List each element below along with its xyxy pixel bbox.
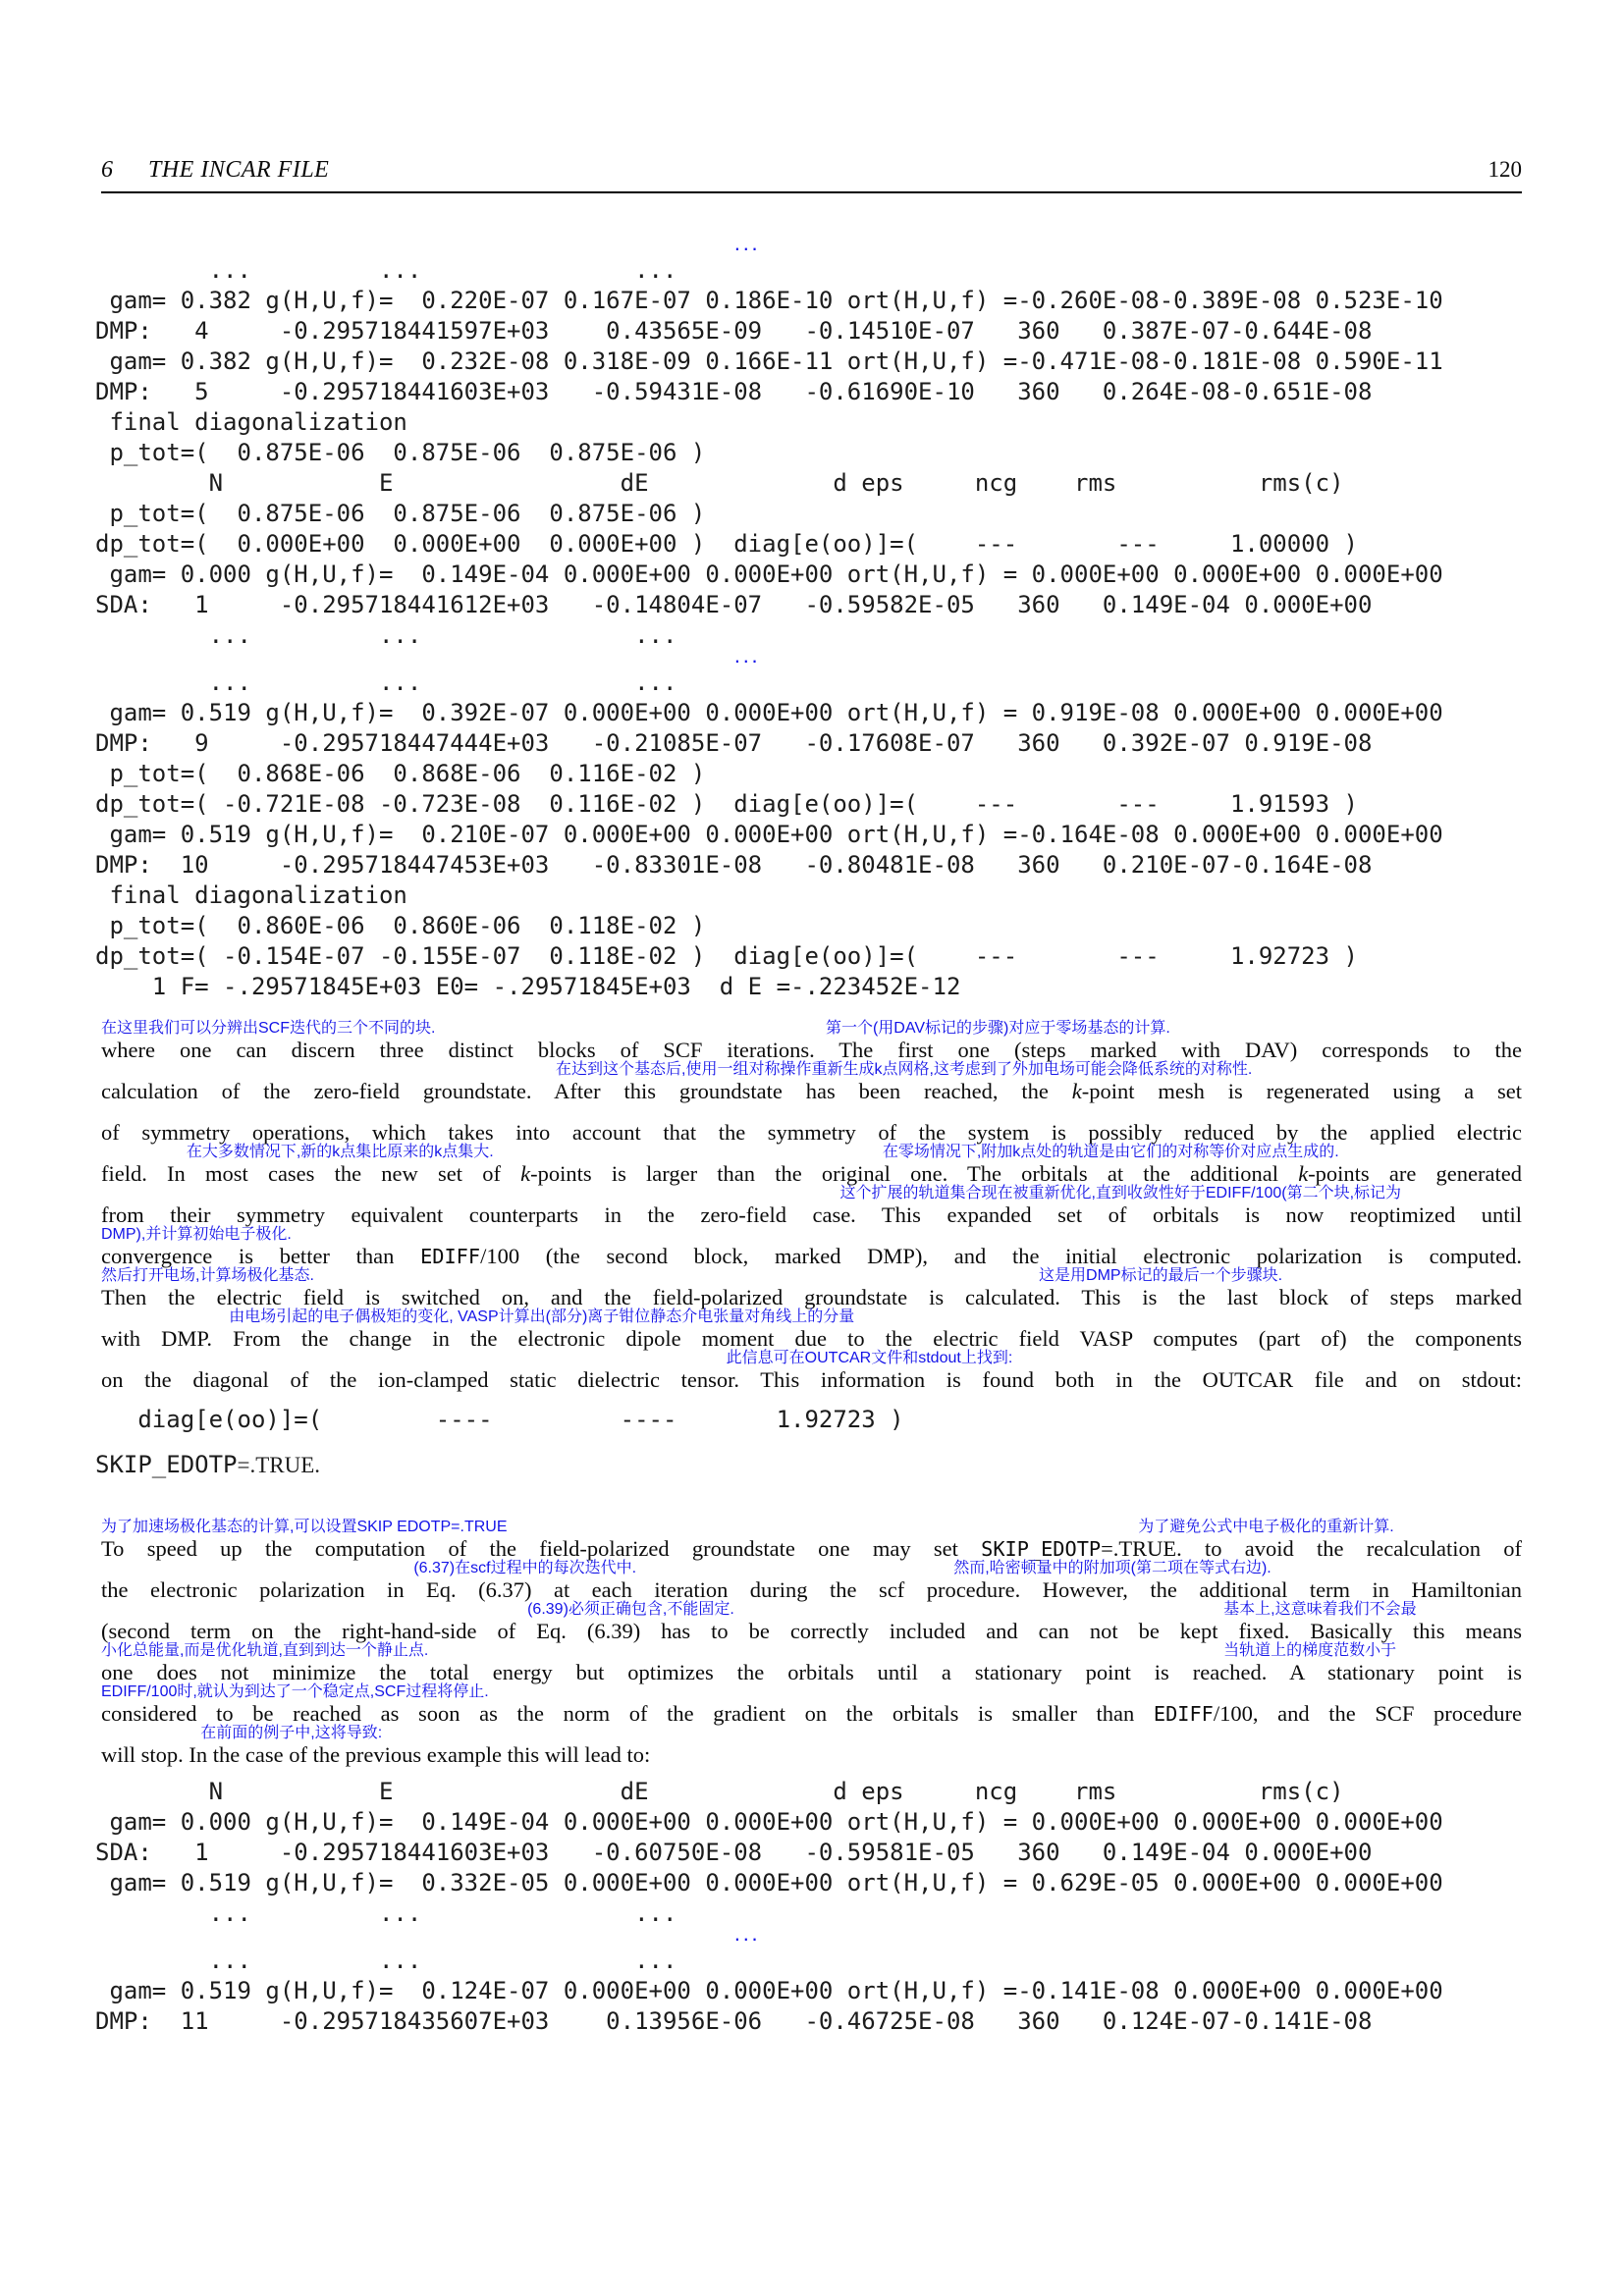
cn-annotation: 为了避免公式中电子极化的重新计算. bbox=[1138, 1520, 1393, 1535]
skip-edotp-keyword: SKIP_EDOTP bbox=[95, 1451, 238, 1478]
cn-annotation: 基本上,这意味着我们不会最 bbox=[1223, 1602, 1416, 1618]
paragraph-line: considered to be reached as soon as the … bbox=[101, 1701, 1522, 1727]
annotation-row: 在大多数情况下,新的k点集比原来的k点集大.在零场情况下,附加k点处的轨道是由它… bbox=[101, 1145, 1522, 1161]
cn-annotation: 在前面的例子中,这将导致: bbox=[200, 1726, 382, 1741]
cn-annotation: 小化总能量,而是优化轨道,直到到达一个静止点. bbox=[101, 1643, 428, 1659]
annotation-row: 在达到这个基态后,使用一组对称操作重新生成k点网格,这考虑到了外加电场可能会降低… bbox=[101, 1062, 1522, 1079]
code-line: p_tot=( 0.868E-06 0.868E-06 0.116E-02 ) bbox=[95, 759, 1568, 789]
document-page: 6 THE INCAR FILE 120 ... ... ... ... gam… bbox=[0, 0, 1623, 2296]
section-title: THE INCAR FILE bbox=[148, 157, 329, 184]
scf-output-code-block-1: ... ... ... ... gam= 0.382 g(H,U,f)= 0.2… bbox=[95, 239, 1568, 1002]
code-line: p_tot=( 0.875E-06 0.875E-06 0.875E-06 ) bbox=[95, 438, 1568, 468]
code-line: ... ... ... bbox=[95, 1898, 1568, 1929]
cn-annotation: DMP),并计算初始电子极化. bbox=[101, 1227, 292, 1243]
code-line: dp_tot=( -0.721E-08 -0.723E-08 0.116E-02… bbox=[95, 789, 1568, 820]
code-line: gam= 0.519 g(H,U,f)= 0.210E-07 0.000E+00… bbox=[95, 820, 1568, 850]
annotation-row: 然后打开电场,计算场极化基态.这是用DMP标记的最后一个步骤块. bbox=[101, 1268, 1522, 1285]
paragraph-line: To speed up the computation of the field… bbox=[101, 1536, 1522, 1562]
code-line: DMP: 5 -0.295718441603E+03 -0.59431E-08 … bbox=[95, 377, 1568, 407]
paragraph-skip-edotp: 为了加速场极化基态的计算,可以设置SKIP EDOTP=.TRUE为了避免公式中… bbox=[101, 1520, 1522, 1767]
annotation-row: DMP),并计算初始电子极化. bbox=[101, 1227, 1522, 1244]
code-line: N E dE d eps ncg rms rms(c) bbox=[95, 1777, 1568, 1807]
paragraph-line: field. In most cases the new set of k-po… bbox=[101, 1161, 1522, 1186]
annotation-row: (6.37)在scf过程中的每次迭代中.然而,哈密顿量中的附加项(第二项在等式右… bbox=[101, 1561, 1522, 1577]
code-line: ... ... ... bbox=[95, 620, 1568, 651]
code-line: DMP: 11 -0.295718435607E+03 0.13956E-06 … bbox=[95, 2006, 1568, 2037]
cn-annotation: 在零场情况下,附加k点处的轨道是由它们的对称等价对应点生成的. bbox=[883, 1145, 1339, 1160]
code-line: ... ... ... bbox=[95, 255, 1568, 286]
annotation-row: 此信息可在OUTCAR文件和stdout上找到: bbox=[101, 1351, 1522, 1367]
code-line: final diagonalization bbox=[95, 407, 1568, 438]
paragraph-line: Then the electric field is switched on, … bbox=[101, 1285, 1522, 1309]
paragraph-scf-blocks: 在这里我们可以分辨出SCF迭代的三个不同的块.第一个(用DAV标记的步骤)对应于… bbox=[101, 1021, 1522, 1392]
paragraph-line: where one can discern three distinct blo… bbox=[101, 1038, 1522, 1062]
cn-annotation: 这个扩展的轨道集合现在被重新优化,直到收敛性好于EDIFF/100(第二个块,标… bbox=[839, 1186, 1401, 1201]
code-line: gam= 0.000 g(H,U,f)= 0.149E-04 0.000E+00… bbox=[95, 560, 1568, 590]
annotation-row bbox=[101, 1103, 1522, 1120]
cn-annotation: 然后打开电场,计算场极化基态. bbox=[101, 1268, 314, 1284]
code-line: 1 F= -.29571845E+03 E0= -.29571845E+03 d… bbox=[95, 972, 1568, 1002]
code-line: dp_tot=( -0.154E-07 -0.155E-07 0.118E-02… bbox=[95, 941, 1568, 972]
paragraph-line: the electronic polarization in Eq. (6.37… bbox=[101, 1577, 1522, 1602]
cn-annotation: EDIFF/100时,就认为到达了一个稳定点,SCF过程将停止. bbox=[101, 1684, 489, 1700]
code-line: gam= 0.382 g(H,U,f)= 0.220E-07 0.167E-07… bbox=[95, 286, 1568, 316]
header-rule bbox=[101, 191, 1522, 193]
cn-annotation: 然而,哈密顿量中的附加项(第二项在等式右边). bbox=[953, 1561, 1271, 1576]
scf-output-code-block-2: N E dE d eps ncg rms rms(c) gam= 0.000 g… bbox=[95, 1777, 1568, 2037]
skip-edotp-line: SKIP_EDOTP=.TRUE. bbox=[95, 1451, 320, 1478]
cn-annotation: 这是用DMP标记的最后一个步骤块. bbox=[1039, 1268, 1282, 1284]
page-number: 120 bbox=[1488, 157, 1523, 183]
paragraph-line: one does not minimize the total energy b… bbox=[101, 1660, 1522, 1684]
code-line: SDA: 1 -0.295718441612E+03 -0.14804E-07 … bbox=[95, 590, 1568, 620]
paragraph-line: calculation of the zero-field groundstat… bbox=[101, 1079, 1522, 1103]
code-line: p_tot=( 0.860E-06 0.860E-06 0.118E-02 ) bbox=[95, 911, 1568, 941]
cn-annotation: 此信息可在OUTCAR文件和stdout上找到: bbox=[727, 1351, 1013, 1366]
page-header: 6 THE INCAR FILE 120 bbox=[101, 157, 1522, 193]
paragraph-line: of symmetry operations, which takes into… bbox=[101, 1120, 1522, 1145]
cn-annotation: (6.37)在scf过程中的每次迭代中. bbox=[413, 1561, 636, 1576]
diag-output-line: diag[e(oo)]=( ---- ---- 1.92723 ) bbox=[95, 1406, 904, 1433]
code-line: dp_tot=( 0.000E+00 0.000E+00 0.000E+00 )… bbox=[95, 529, 1568, 560]
code-line: DMP: 4 -0.295718441597E+03 0.43565E-09 -… bbox=[95, 316, 1568, 347]
annotation-row: 这个扩展的轨道集合现在被重新优化,直到收敛性好于EDIFF/100(第二个块,标… bbox=[101, 1186, 1522, 1202]
cn-annotation: 第一个(用DAV标记的步骤)对应于零场基态的计算. bbox=[826, 1021, 1170, 1037]
annotation-row: EDIFF/100时,就认为到达了一个稳定点,SCF过程将停止. bbox=[101, 1684, 1522, 1701]
code-line: gam= 0.519 g(H,U,f)= 0.332E-05 0.000E+00… bbox=[95, 1868, 1568, 1898]
paragraph-line: on the diagonal of the ion-clamped stati… bbox=[101, 1367, 1522, 1392]
cn-annotation: (6.39)必须正确包含,不能固定. bbox=[527, 1602, 734, 1618]
annotation-row: 为了加速场极化基态的计算,可以设置SKIP EDOTP=.TRUE为了避免公式中… bbox=[101, 1520, 1522, 1536]
code-line: final diagonalization bbox=[95, 881, 1568, 911]
code-line: gam= 0.519 g(H,U,f)= 0.124E-07 0.000E+00… bbox=[95, 1976, 1568, 2006]
skip-edotp-value: =.TRUE. bbox=[238, 1453, 321, 1477]
annotation-row: 在这里我们可以分辨出SCF迭代的三个不同的块.第一个(用DAV标记的步骤)对应于… bbox=[101, 1021, 1522, 1038]
ellipsis-annotation-cn: ... bbox=[733, 1929, 1568, 1946]
cn-annotation: 由电场引起的电子偶极矩的变化, VASP计算出(部分)离子钳位静态介电张量对角线… bbox=[229, 1309, 854, 1325]
cn-annotation: 在大多数情况下,新的k点集比原来的k点集大. bbox=[187, 1145, 494, 1160]
code-line: SDA: 1 -0.295718441603E+03 -0.60750E-08 … bbox=[95, 1838, 1568, 1868]
code-line: gam= 0.382 g(H,U,f)= 0.232E-08 0.318E-09… bbox=[95, 347, 1568, 377]
code-line: gam= 0.519 g(H,U,f)= 0.392E-07 0.000E+00… bbox=[95, 698, 1568, 728]
code-line: ... ... ... bbox=[95, 1946, 1568, 1976]
cn-annotation: 在这里我们可以分辨出SCF迭代的三个不同的块. bbox=[101, 1021, 435, 1037]
annotation-row: (6.39)必须正确包含,不能固定.基本上,这意味着我们不会最 bbox=[101, 1602, 1522, 1619]
cn-annotation: 当轨道上的梯度范数小于 bbox=[1223, 1643, 1396, 1659]
paragraph-line: will stop. In the case of the previous e… bbox=[101, 1742, 1522, 1767]
ellipsis-annotation-cn: ... bbox=[733, 239, 1568, 255]
annotation-row: 小化总能量,而是优化轨道,直到到达一个静止点.当轨道上的梯度范数小于 bbox=[101, 1643, 1522, 1660]
paragraph-line: with DMP. From the change in the electro… bbox=[101, 1326, 1522, 1351]
code-line: DMP: 10 -0.295718447453E+03 -0.83301E-08… bbox=[95, 850, 1568, 881]
code-line: DMP: 9 -0.295718447444E+03 -0.21085E-07 … bbox=[95, 728, 1568, 759]
paragraph-line: convergence is better than EDIFF/100 (th… bbox=[101, 1244, 1522, 1269]
annotation-row: 由电场引起的电子偶极矩的变化, VASP计算出(部分)离子钳位静态介电张量对角线… bbox=[101, 1309, 1522, 1326]
paragraph-line: from their symmetry equivalent counterpa… bbox=[101, 1202, 1522, 1227]
cn-annotation: 为了加速场极化基态的计算,可以设置SKIP EDOTP=.TRUE bbox=[101, 1520, 508, 1535]
code-line: N E dE d eps ncg rms rms(c) bbox=[95, 468, 1568, 499]
code-line: ... ... ... bbox=[95, 667, 1568, 698]
annotation-row: 在前面的例子中,这将导致: bbox=[101, 1726, 1522, 1742]
section-number: 6 bbox=[101, 157, 113, 184]
cn-annotation: 在达到这个基态后,使用一组对称操作重新生成k点网格,这考虑到了外加电场可能会降低… bbox=[556, 1062, 1252, 1078]
ellipsis-annotation-cn: ... bbox=[733, 651, 1568, 667]
code-line: p_tot=( 0.875E-06 0.875E-06 0.875E-06 ) bbox=[95, 499, 1568, 529]
paragraph-line: (second term on the right-hand-side of E… bbox=[101, 1619, 1522, 1643]
code-line: gam= 0.000 g(H,U,f)= 0.149E-04 0.000E+00… bbox=[95, 1807, 1568, 1838]
